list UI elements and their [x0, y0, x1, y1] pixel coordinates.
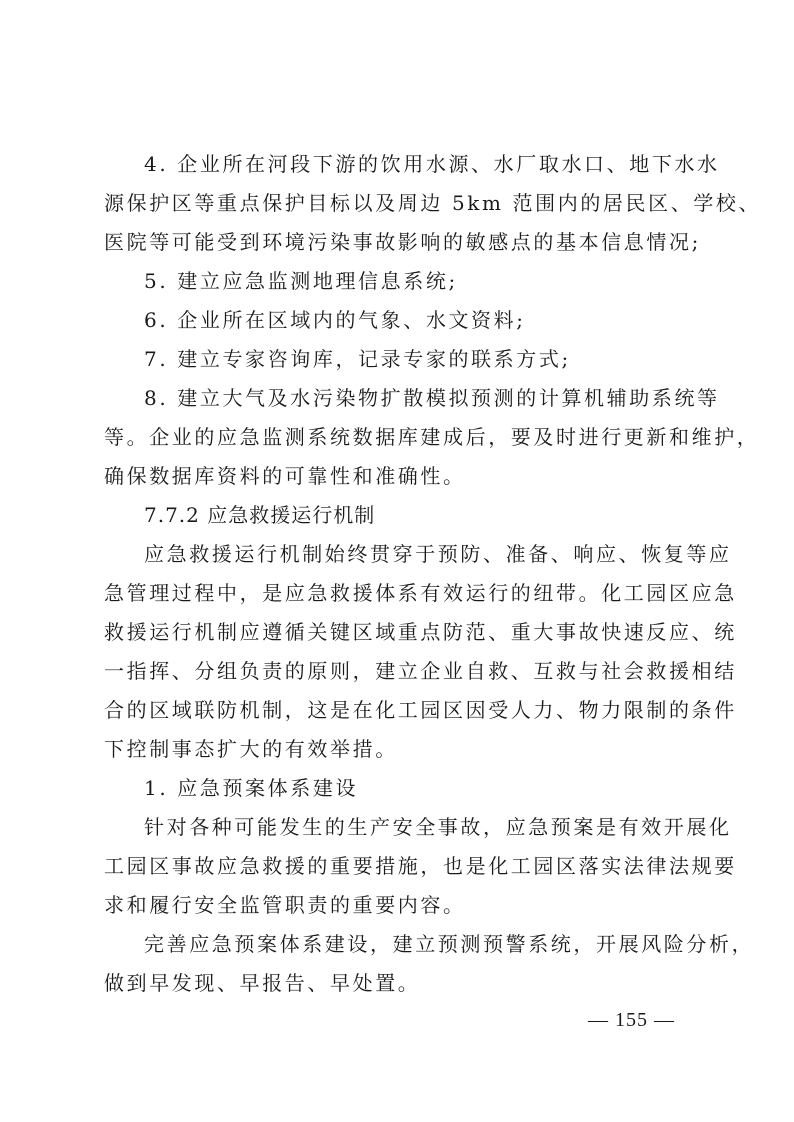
paragraph-mechanism-line-2: 急管理过程中，是应急救援体系有效运行的纽带。化工园区应急	[104, 574, 694, 613]
page-number: — 155 —	[588, 1009, 675, 1032]
list-item-4-line-3: 医院等可能受到环境污染事故影响的敏感点的基本信息情况;	[104, 223, 694, 262]
list-item-4-line-2: 源保护区等重点保护目标以及周边 5km 范围内的居民区、学校、	[104, 184, 694, 223]
document-page: 4. 企业所在河段下游的饮用水源、水厂取水口、地下水水 源保护区等重点保护目标以…	[104, 145, 694, 1003]
paragraph-plan-line-1: 针对各种可能发生的生产安全事故，应急预案是有效开展化	[104, 808, 694, 847]
paragraph-improve-line-2: 做到早发现、早报告、早处置。	[104, 964, 694, 1003]
section-heading-7-7-2: 7.7.2 应急救援运行机制	[104, 496, 694, 535]
paragraph-mechanism-line-3: 救援运行机制应遵循关键区域重点防范、重大事故快速反应、统	[104, 613, 694, 652]
list-item-4-line-1: 4. 企业所在河段下游的饮用水源、水厂取水口、地下水水	[104, 145, 694, 184]
list-item-8-line-2: 等。企业的应急监测系统数据库建成后，要及时进行更新和维护，	[104, 418, 694, 457]
paragraph-improve-line-1: 完善应急预案体系建设，建立预测预警系统，开展风险分析，	[104, 925, 694, 964]
list-item-6: 6. 企业所在区域内的气象、水文资料;	[104, 301, 694, 340]
paragraph-mechanism-line-5: 合的区域联防机制，这是在化工园区因受人力、物力限制的条件	[104, 691, 694, 730]
subheading-plan-system: 1. 应急预案体系建设	[104, 769, 694, 808]
paragraph-mechanism-line-6: 下控制事态扩大的有效举措。	[104, 730, 694, 769]
paragraph-plan-line-3: 求和履行安全监管职责的重要内容。	[104, 886, 694, 925]
paragraph-mechanism-line-1: 应急救援运行机制始终贯穿于预防、准备、响应、恢复等应	[104, 535, 694, 574]
list-item-5: 5. 建立应急监测地理信息系统;	[104, 262, 694, 301]
paragraph-plan-line-2: 工园区事故应急救援的重要措施，也是化工园区落实法律法规要	[104, 847, 694, 886]
list-item-8-line-1: 8. 建立大气及水污染物扩散模拟预测的计算机辅助系统等	[104, 379, 694, 418]
paragraph-mechanism-line-4: 一指挥、分组负责的原则，建立企业自救、互救与社会救援相结	[104, 652, 694, 691]
list-item-8-line-3: 确保数据库资料的可靠性和准确性。	[104, 457, 694, 496]
list-item-7: 7. 建立专家咨询库，记录专家的联系方式;	[104, 340, 694, 379]
